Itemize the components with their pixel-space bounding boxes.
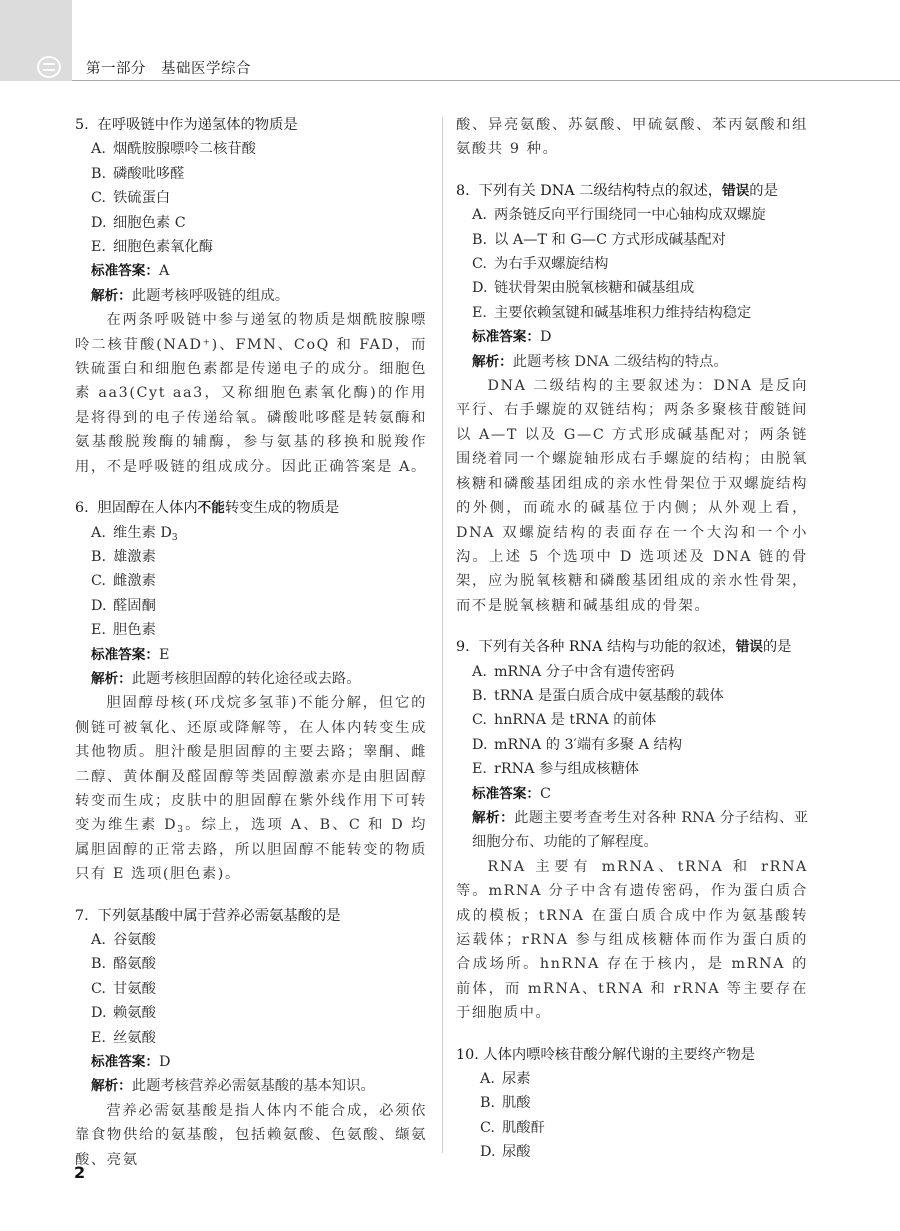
header-rule xyxy=(72,80,900,81)
option-a: A.mRNA 分子中含有遗传密码 xyxy=(456,660,808,684)
option-d: D.mRNA 的 3′端有多聚 A 结构 xyxy=(456,733,808,757)
option-e: E.主要依赖氢键和碱基堆积力维持结构稳定 xyxy=(456,301,808,325)
standard-answer: 标准答案：A xyxy=(75,259,427,283)
explanation-summary: 解析：此题考核胆固醇的转化途径或去路。 xyxy=(75,667,427,691)
option-c: C.为右手双螺旋结构 xyxy=(456,252,808,276)
explanation-continued: 酸、异亮氨酸、苏氨酸、甲硫氨酸、苯丙氨酸和组氨酸共 9 种。 xyxy=(456,113,808,162)
header-gray-block xyxy=(0,0,72,81)
option-e: E.rRNA 参与组成核糖体 xyxy=(456,757,808,781)
section-title: 第一部分 基础医学综合 xyxy=(86,57,251,78)
option-b: B.磷酸吡哆醛 xyxy=(75,162,427,186)
question-stem: 10. 人体内嘌呤核苷酸分解代谢的主要终产物是 xyxy=(456,1043,808,1067)
option-a: A.谷氨酸 xyxy=(75,928,427,952)
option-d: D.赖氨酸 xyxy=(75,1001,427,1025)
question-9: 9. 下列有关各种 RNA 结构与功能的叙述，错误的是 A.mRNA 分子中含有… xyxy=(456,635,808,1026)
option-d: D.链状骨架由脱氧核糖和碱基组成 xyxy=(456,276,808,300)
question-stem: 9. 下列有关各种 RNA 结构与功能的叙述，错误的是 xyxy=(456,635,808,659)
option-b: B.雄激素 xyxy=(75,545,427,569)
standard-answer: 标准答案：D xyxy=(75,1050,427,1074)
left-column: 5. 在呼吸链中作为递氢体的物质是 A.烟酰胺腺嘌呤二核苷酸 B.磷酸吡哆醛 C… xyxy=(75,113,427,1189)
option-e: E.胆色素 xyxy=(75,618,427,642)
option-c: C.铁硫蛋白 xyxy=(75,186,427,210)
question-7: 7. 下列氨基酸中属于营养必需氨基酸的是 A.谷氨酸 B.酪氨酸 C.甘氨酸 D… xyxy=(75,904,427,1172)
option-c: C.雌激素 xyxy=(75,569,427,593)
explanation-summary: 解析：此题考核营养必需氨基酸的基本知识。 xyxy=(75,1074,427,1098)
question-6: 6. 胆固醇在人体内不能转变生成的物质是 A.维生素 D3 B.雄激素 C.雌激… xyxy=(75,496,427,887)
option-c: C.甘氨酸 xyxy=(75,977,427,1001)
explanation-summary: 解析：此题考核 DNA 二级结构的特点。 xyxy=(456,350,808,374)
question-5: 5. 在呼吸链中作为递氢体的物质是 A.烟酰胺腺嘌呤二核苷酸 B.磷酸吡哆醛 C… xyxy=(75,113,427,479)
question-stem: 5. 在呼吸链中作为递氢体的物质是 xyxy=(75,113,427,137)
explanation-body: 在两条呼吸链中参与递氢的物质是烟酰胺腺嘌呤二核苷酸(NAD⁺)、FMN、CoQ … xyxy=(75,308,427,479)
option-a: A.尿素 xyxy=(456,1067,808,1091)
column-divider xyxy=(442,117,443,1153)
publisher-logo-icon xyxy=(37,56,61,78)
question-10: 10. 人体内嘌呤核苷酸分解代谢的主要终产物是 A.尿素 B.肌酸 C.肌酸酐 … xyxy=(456,1043,808,1165)
option-d: D.细胞色素 C xyxy=(75,211,427,235)
option-b: B.tRNA 是蛋白质合成中氨基酸的载体 xyxy=(456,684,808,708)
option-a: A.两条链反向平行围绕同一中心轴构成双螺旋 xyxy=(456,203,808,227)
option-a: A.维生素 D3 xyxy=(75,521,427,545)
question-stem: 6. 胆固醇在人体内不能转变生成的物质是 xyxy=(75,496,427,520)
question-stem: 7. 下列氨基酸中属于营养必需氨基酸的是 xyxy=(75,904,427,928)
explanation-summary: 解析：此题主要考查考生对各种 RNA 分子结构、亚细胞分布、功能的了解程度。 xyxy=(456,806,808,855)
standard-answer: 标准答案：D xyxy=(456,325,808,349)
right-column: 酸、异亮氨酸、苏氨酸、甲硫氨酸、苯丙氨酸和组氨酸共 9 种。 8. 下列有关 D… xyxy=(456,113,808,1182)
explanation-body: RNA 主要有 mRNA、tRNA 和 rRNA 等。mRNA 分子中含有遗传密… xyxy=(456,855,808,1026)
explanation-body: 胆固醇母核(环戊烷多氢菲)不能分解，但它的侧链可被氧化、还原或降解等，在人体内转… xyxy=(75,691,427,886)
question-8: 8. 下列有关 DNA 二级结构特点的叙述，错误的是 A.两条链反向平行围绕同一… xyxy=(456,179,808,618)
option-e: E.丝氨酸 xyxy=(75,1026,427,1050)
question-stem: 8. 下列有关 DNA 二级结构特点的叙述，错误的是 xyxy=(456,179,808,203)
option-b: B.以 A—T 和 G—C 方式形成碱基配对 xyxy=(456,228,808,252)
standard-answer: 标准答案：E xyxy=(75,643,427,667)
standard-answer: 标准答案：C xyxy=(456,782,808,806)
question-7-continued: 酸、异亮氨酸、苏氨酸、甲硫氨酸、苯丙氨酸和组氨酸共 9 种。 xyxy=(456,113,808,162)
option-e: E.细胞色素氧化酶 xyxy=(75,235,427,259)
option-b: B.肌酸 xyxy=(456,1091,808,1115)
explanation-body: DNA 二级结构的主要叙述为：DNA 是反向平行、右手螺旋的双链结构；两条多聚核… xyxy=(456,374,808,618)
option-a: A.烟酰胺腺嘌呤二核苷酸 xyxy=(75,137,427,161)
option-c: C.hnRNA 是 tRNA 的前体 xyxy=(456,708,808,732)
explanation-body: 营养必需氨基酸是指人体内不能合成，必须依靠食物供给的氨基酸，包括赖氨酸、色氨酸、… xyxy=(75,1099,427,1172)
page-number: 2 xyxy=(74,1163,85,1182)
option-b: B.酪氨酸 xyxy=(75,952,427,976)
option-c: C.肌酸酐 xyxy=(456,1116,808,1140)
option-d: D.尿酸 xyxy=(456,1140,808,1164)
option-d: D.醛固酮 xyxy=(75,594,427,618)
explanation-summary: 解析：此题考核呼吸链的组成。 xyxy=(75,284,427,308)
